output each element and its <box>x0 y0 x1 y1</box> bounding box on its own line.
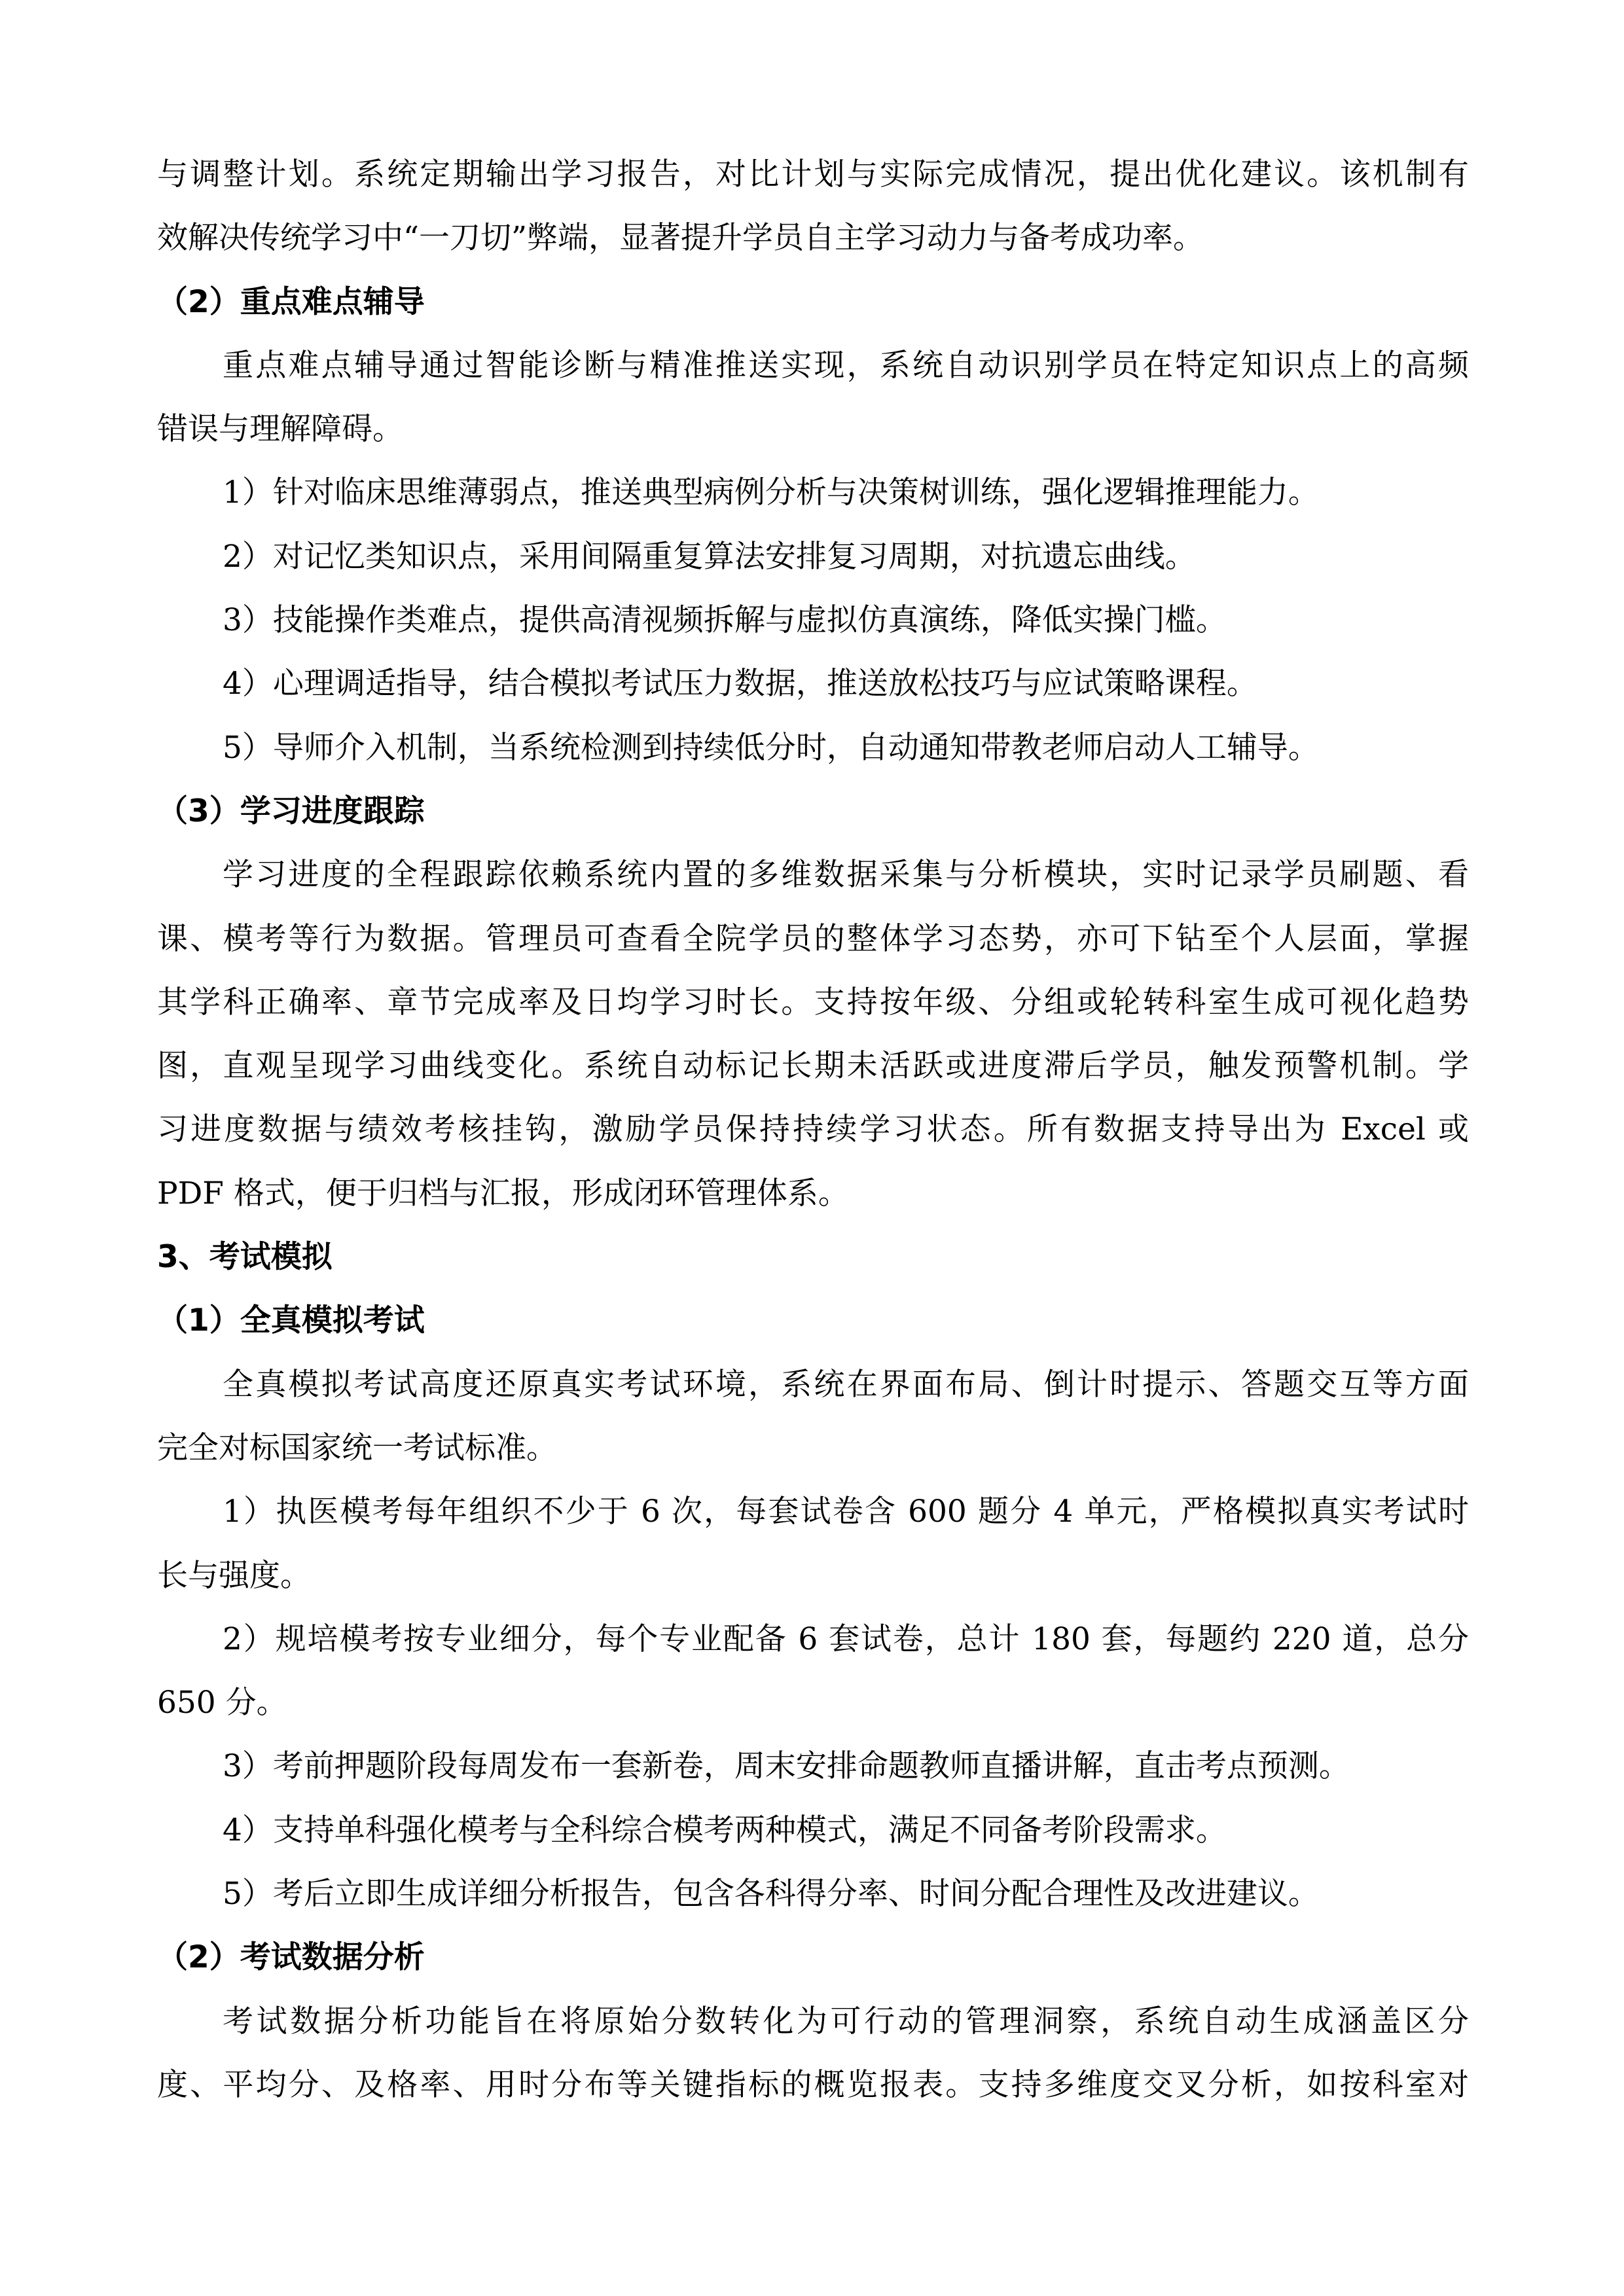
paragraph-line: 度、平均分、及格率、用时分布等关键指标的概览报表。支持多维度交叉分析，如按科室对 <box>157 2053 1469 2117</box>
subheading-exam-data-analysis: （2）考试数据分析 <box>157 1926 1469 1989</box>
heading-exam-simulation: 3、考试模拟 <box>157 1225 1469 1289</box>
document-page: 与调整计划。系统定期输出学习报告，对比计划与实际完成情况，提出优化建议。该机制有… <box>157 143 1469 2117</box>
paragraph-line: 重点难点辅导通过智能诊断与精准推送实现，系统自动识别学员在特定知识点上的高频 <box>157 334 1469 397</box>
paragraph-line: 习进度数据与绩效考核挂钩，激励学员保持持续学习状态。所有数据支持导出为 Exce… <box>157 1098 1469 1161</box>
list-item-cont: 长与强度。 <box>157 1544 1469 1607</box>
paragraph-line: 考试数据分析功能旨在将原始分数转化为可行动的管理洞察，系统自动生成涵盖区分 <box>157 1990 1469 2053</box>
paragraph-line: 全真模拟考试高度还原真实考试环境，系统在界面布局、倒计时提示、答题交互等方面 <box>157 1353 1469 1416</box>
paragraph-line: 学习进度的全程跟踪依赖系统内置的多维数据采集与分析模块，实时记录学员刷题、看 <box>157 843 1469 906</box>
list-item: 2）规培模考按专业细分，每个专业配备 6 套试卷，总计 180 套，每题约 22… <box>157 1607 1469 1671</box>
subheading-full-mock-exam: （1）全真模拟考试 <box>157 1289 1469 1352</box>
paragraph-line: PDF 格式，便于归档与汇报，形成闭环管理体系。 <box>157 1162 1469 1225</box>
list-item: 2）对记忆类知识点，采用间隔重复算法安排复习周期，对抗遗忘曲线。 <box>157 525 1469 588</box>
paragraph-line: 完全对标国家统一考试标准。 <box>157 1416 1469 1480</box>
paragraph-line: 其学科正确率、章节完成率及日均学习时长。支持按年级、分组或轮转科室生成可视化趋势 <box>157 971 1469 1034</box>
list-item-cont: 650 分。 <box>157 1671 1469 1734</box>
list-item: 4）支持单科强化模考与全科综合模考两种模式，满足不同备考阶段需求。 <box>157 1799 1469 1862</box>
paragraph-line: 图，直观呈现学习曲线变化。系统自动标记长期未活跃或进度滞后学员，触发预警机制。学 <box>157 1034 1469 1098</box>
list-item: 5）导师介入机制，当系统检测到持续低分时，自动通知带教老师启动人工辅导。 <box>157 716 1469 780</box>
subheading-progress-tracking: （3）学习进度跟踪 <box>157 780 1469 843</box>
paragraph-line: 错误与理解障碍。 <box>157 397 1469 461</box>
list-item: 3）技能操作类难点，提供高清视频拆解与虚拟仿真演练，降低实操门槛。 <box>157 588 1469 652</box>
subheading-key-difficult-points: （2）重点难点辅导 <box>157 270 1469 334</box>
list-item: 5）考后立即生成详细分析报告，包含各科得分率、时间分配合理性及改进建议。 <box>157 1862 1469 1926</box>
list-item: 1）执医模考每年组织不少于 6 次，每套试卷含 600 题分 4 单元，严格模拟… <box>157 1480 1469 1543</box>
paragraph-line: 效解决传统学习中“一刀切”弊端，显著提升学员自主学习动力与备考成功率。 <box>157 206 1469 270</box>
list-item: 3）考前押题阶段每周发布一套新卷，周末安排命题教师直播讲解，直击考点预测。 <box>157 1734 1469 1798</box>
paragraph-line: 课、模考等行为数据。管理员可查看全院学员的整体学习态势，亦可下钻至个人层面，掌握 <box>157 907 1469 971</box>
list-item: 1）针对临床思维薄弱点，推送典型病例分析与决策树训练，强化逻辑推理能力。 <box>157 461 1469 524</box>
list-item: 4）心理调适指导，结合模拟考试压力数据，推送放松技巧与应试策略课程。 <box>157 652 1469 715</box>
paragraph-line: 与调整计划。系统定期输出学习报告，对比计划与实际完成情况，提出优化建议。该机制有 <box>157 143 1469 206</box>
